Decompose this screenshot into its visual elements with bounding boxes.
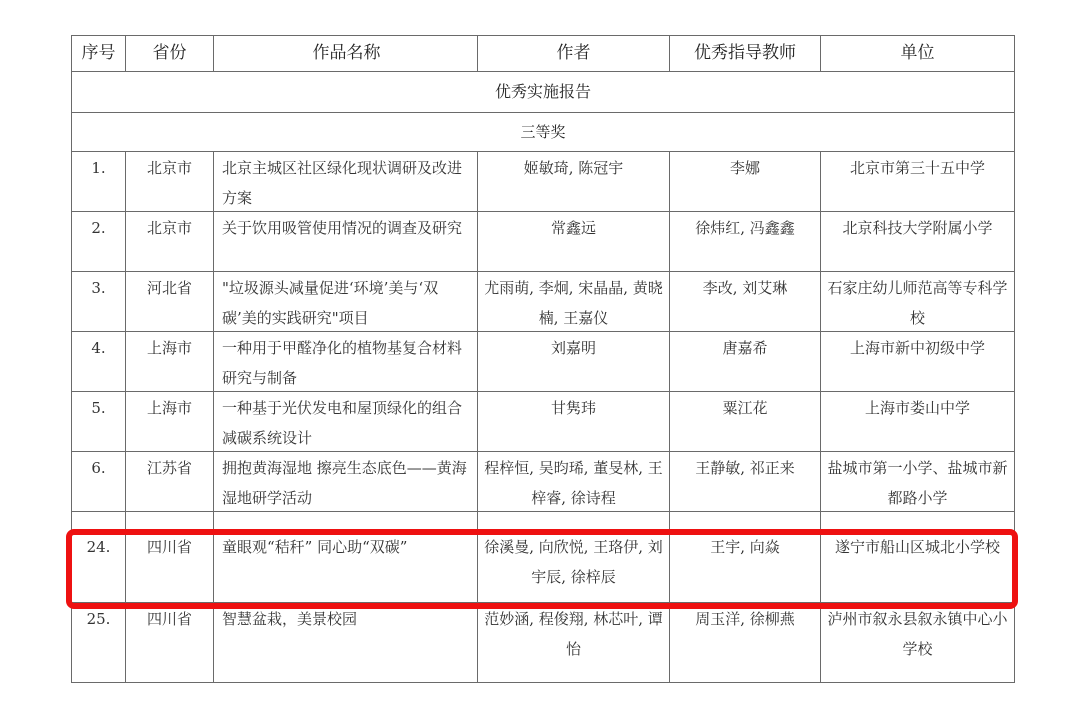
table-row-highlighted: 24. 四川省 童眼观“秸秆” 同心助“双碳” 徐溪曼, 向欣悦, 王珞伊, 刘… bbox=[71, 530, 1015, 603]
cell-unit: 盐城市第一小学、盐城市新都路小学 bbox=[821, 452, 1014, 511]
cell-no: 5. bbox=[72, 392, 126, 451]
cell-unit: 北京市第三十五中学 bbox=[821, 152, 1014, 211]
cell-unit: 北京科技大学附属小学 bbox=[821, 212, 1014, 271]
cell-authors: 程梓恒, 吴昀琋, 董旻林, 王梓睿, 徐诗程 bbox=[478, 452, 670, 511]
cell-title: 一种基于光伏发电和屋顶绿化的组合减碳系统设计 bbox=[214, 392, 478, 451]
cell-province: 北京市 bbox=[126, 212, 214, 271]
cell-province: 江苏省 bbox=[126, 452, 214, 511]
cut-cell bbox=[126, 512, 214, 532]
table-row: 2. 北京市 关于饮用吸管使用情况的调查及研究 常鑫远 徐炜红, 冯鑫鑫 北京科… bbox=[71, 212, 1015, 272]
header-title: 作品名称 bbox=[214, 36, 478, 71]
cell-unit: 上海市新中初级中学 bbox=[821, 332, 1014, 391]
cell-no: 6. bbox=[72, 452, 126, 511]
cell-authors: 尤雨萌, 李炯, 宋晶晶, 黄晓楠, 王嘉仪 bbox=[478, 272, 670, 331]
award-table: 序号 省份 作品名称 作者 优秀指导教师 单位 优秀实施报告 三等奖 1. 北京… bbox=[71, 35, 1015, 532]
cell-province: 河北省 bbox=[126, 272, 214, 331]
cell-province: 北京市 bbox=[126, 152, 214, 211]
section-title: 优秀实施报告 bbox=[72, 72, 1014, 112]
cell-authors: 刘嘉明 bbox=[478, 332, 670, 391]
cell-province: 四川省 bbox=[126, 531, 214, 602]
cell-authors: 徐溪曼, 向欣悦, 王珞伊, 刘宇辰, 徐梓辰 bbox=[478, 531, 670, 602]
cell-title: 关于饮用吸管使用情况的调查及研究 bbox=[214, 212, 478, 271]
section-row: 优秀实施报告 bbox=[71, 72, 1015, 113]
table-cut-row bbox=[71, 512, 1015, 532]
award-level-row: 三等奖 bbox=[71, 113, 1015, 152]
header-teachers: 优秀指导教师 bbox=[670, 36, 821, 71]
table-row: 25. 四川省 智慧盆栽，美景校园 范妙涵, 程俊翔, 林芯叶, 谭怡 周玉洋,… bbox=[71, 603, 1015, 683]
cell-no: 1. bbox=[72, 152, 126, 211]
cell-teachers: 李娜 bbox=[670, 152, 821, 211]
cell-title: 一种用于甲醛净化的植物基复合材料研究与制备 bbox=[214, 332, 478, 391]
cell-province: 上海市 bbox=[126, 332, 214, 391]
cell-authors: 姬敏琦, 陈冠宇 bbox=[478, 152, 670, 211]
cell-authors: 范妙涵, 程俊翔, 林芯叶, 谭怡 bbox=[478, 603, 670, 682]
cell-teachers: 周玉洋, 徐柳燕 bbox=[670, 603, 821, 682]
header-no: 序号 bbox=[72, 36, 126, 71]
table-header: 序号 省份 作品名称 作者 优秀指导教师 单位 bbox=[71, 35, 1015, 72]
cell-no: 25. bbox=[72, 603, 126, 682]
cut-cell bbox=[821, 512, 1014, 532]
cell-no: 3. bbox=[72, 272, 126, 331]
cell-province: 四川省 bbox=[126, 603, 214, 682]
table-row: 6. 江苏省 拥抱黄海湿地 擦亮生态底色——黄海湿地研学活动 程梓恒, 吴昀琋,… bbox=[71, 452, 1015, 512]
cell-unit: 石家庄幼儿师范高等专科学校 bbox=[821, 272, 1014, 331]
award-level: 三等奖 bbox=[72, 113, 1014, 151]
header-authors: 作者 bbox=[478, 36, 670, 71]
award-table-continued: 24. 四川省 童眼观“秸秆” 同心助“双碳” 徐溪曼, 向欣悦, 王珞伊, 刘… bbox=[71, 530, 1015, 683]
header-province: 省份 bbox=[126, 36, 214, 71]
cell-teachers: 唐嘉希 bbox=[670, 332, 821, 391]
cell-unit: 遂宁市船山区城北小学校 bbox=[821, 531, 1014, 602]
cell-authors: 甘隽玮 bbox=[478, 392, 670, 451]
cut-cell bbox=[214, 512, 478, 532]
table-row: 3. 河北省 "垃圾源头减量促进‘环境’美与‘双碳’美的实践研究"项目 尤雨萌,… bbox=[71, 272, 1015, 332]
cell-title: 北京主城区社区绿化现状调研及改进方案 bbox=[214, 152, 478, 211]
cell-title: 智慧盆栽，美景校园 bbox=[214, 603, 478, 682]
cell-teachers: 王静敏, 祁正来 bbox=[670, 452, 821, 511]
cut-cell bbox=[478, 512, 670, 532]
cell-authors: 常鑫远 bbox=[478, 212, 670, 271]
cut-cell bbox=[72, 512, 126, 532]
cell-teachers: 王宇, 向焱 bbox=[670, 531, 821, 602]
table-row: 4. 上海市 一种用于甲醛净化的植物基复合材料研究与制备 刘嘉明 唐嘉希 上海市… bbox=[71, 332, 1015, 392]
cell-unit: 泸州市叙永县叙永镇中心小学校 bbox=[821, 603, 1014, 682]
cell-teachers: 李改, 刘艾琳 bbox=[670, 272, 821, 331]
cell-unit: 上海市娄山中学 bbox=[821, 392, 1014, 451]
table-row: 1. 北京市 北京主城区社区绿化现状调研及改进方案 姬敏琦, 陈冠宇 李娜 北京… bbox=[71, 152, 1015, 212]
cell-teachers: 粟江花 bbox=[670, 392, 821, 451]
cut-cell bbox=[670, 512, 821, 532]
cell-title: "垃圾源头减量促进‘环境’美与‘双碳’美的实践研究"项目 bbox=[214, 272, 478, 331]
cell-no: 24. bbox=[72, 531, 126, 602]
cell-title: 童眼观“秸秆” 同心助“双碳” bbox=[214, 531, 478, 602]
cell-province: 上海市 bbox=[126, 392, 214, 451]
table-row: 5. 上海市 一种基于光伏发电和屋顶绿化的组合减碳系统设计 甘隽玮 粟江花 上海… bbox=[71, 392, 1015, 452]
cell-title: 拥抱黄海湿地 擦亮生态底色——黄海湿地研学活动 bbox=[214, 452, 478, 511]
cell-teachers: 徐炜红, 冯鑫鑫 bbox=[670, 212, 821, 271]
header-unit: 单位 bbox=[821, 36, 1014, 71]
cell-no: 4. bbox=[72, 332, 126, 391]
cell-no: 2. bbox=[72, 212, 126, 271]
